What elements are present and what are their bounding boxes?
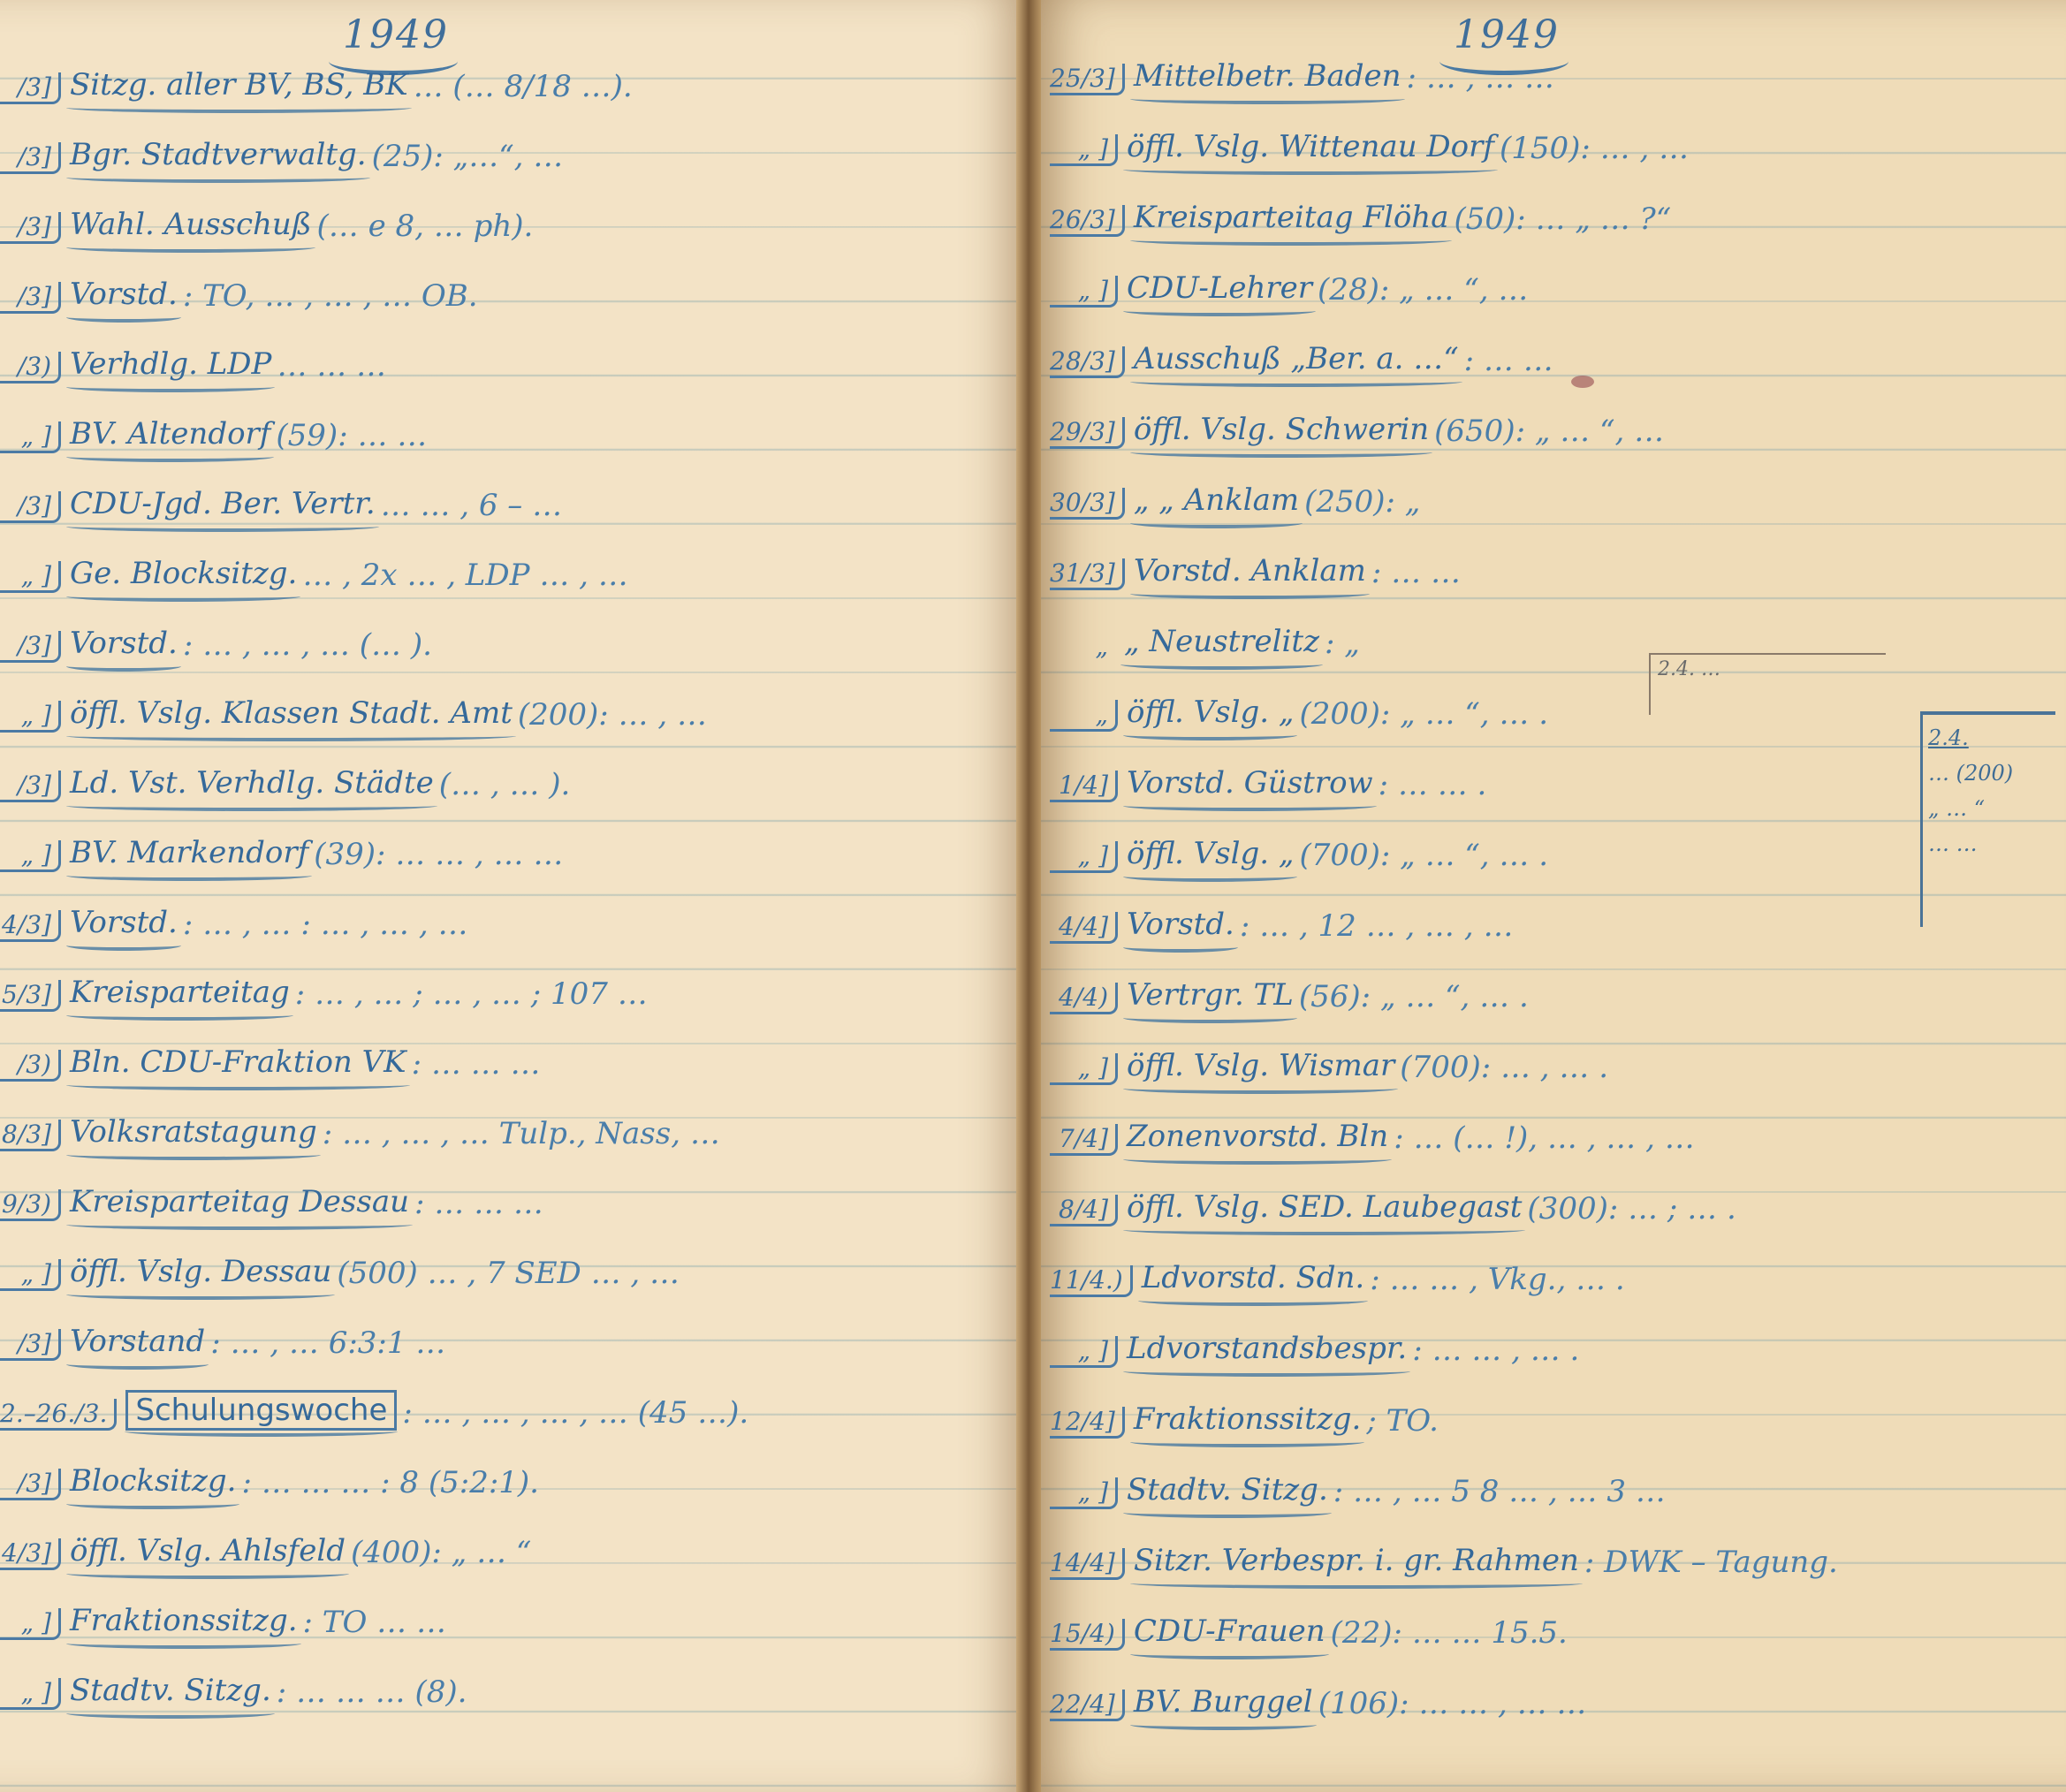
entry-date: „ ]: [1050, 1336, 1118, 1368]
margin-line: … …: [1928, 826, 2050, 862]
entry-topic: „ Neustrelitz: [1124, 624, 1319, 661]
entry-note: : … , … : … , … , …: [183, 907, 468, 942]
entry-topic: öffl. Vslg. Ahlsfeld: [70, 1533, 346, 1570]
diary-entry: „ ]BV. Altendorf(59): … …: [0, 393, 1025, 453]
entry-topic: BV. Markendorf: [70, 835, 308, 872]
entry-note: (250): „: [1304, 484, 1420, 520]
entry-topic: Vorstd. Anklam: [1134, 553, 1366, 590]
entry-note: : … , … …: [1407, 60, 1555, 95]
entry-topic: Ldvorstandsbespr.: [1127, 1331, 1407, 1368]
diary-entry: „ ]öffl. Vslg. Wittenau Dorf(150): … , …: [1025, 106, 2066, 166]
entry-note: : … …: [1371, 555, 1461, 590]
entry-date: /3): [0, 352, 61, 383]
entry-date: 4/3]: [0, 910, 61, 942]
diary-entry: 5/3]Kreisparteitag: … , … ; … , … ; 107 …: [0, 952, 1025, 1012]
entry-note: : DWK – Tagung.: [1584, 1545, 1838, 1580]
diary-entry: /3]Wahl. Ausschuß(… e 8, … ph).: [0, 184, 1025, 244]
entry-topic: Vorstd.: [70, 626, 178, 663]
entry-date: 8/3]: [0, 1120, 61, 1151]
entry-topic: öffl. Vslg. Klassen Stadt. Amt: [70, 695, 513, 733]
entry-topic: Sitzg. aller BV, BS, BK: [70, 67, 408, 104]
entry-note: : … … …: [412, 1046, 541, 1082]
diary-entry: „ ]Ge. Blocksitzg.… , 2x … , LDP … , …: [0, 533, 1025, 593]
entry-date: „: [1050, 632, 1115, 661]
entry-note: (… e 8, … ph).: [317, 209, 534, 244]
entry-topic: Verhdlg. LDP: [70, 346, 271, 383]
entry-date: 31/3]: [1050, 558, 1125, 590]
entry-note: : … , … , … Tulp., Nass, …: [323, 1116, 720, 1151]
entry-topic: Kreisparteitag Dessau: [70, 1184, 409, 1221]
diary-entry: 31/3]Vorstd. Anklam: … …: [1025, 530, 2066, 590]
diary-entry: 15/4)CDU-Frauen(22): … … 15.5.: [1025, 1591, 2066, 1651]
entry-date: 1/4]: [1050, 771, 1118, 802]
diary-entry: „ ]öffl. Vslg. Klassen Stadt. Amt(200): …: [0, 672, 1025, 733]
boxed-date: 2.4.: [1928, 720, 2050, 756]
diary-entry: 8/3]Volksratstagung: … , … , … Tulp., Na…: [0, 1091, 1025, 1151]
diary-entry: 12/4]Fraktionssitzg.; TO.: [1025, 1378, 2066, 1439]
entry-date: „ ]: [1050, 134, 1118, 166]
entry-note: … … , 6 – …: [381, 488, 562, 523]
entry-topic: BV. Altendorf: [70, 416, 270, 453]
diary-entry: 26/3]Kreisparteitag Flöha(50): … „ … ?“: [1025, 177, 2066, 237]
entry-date: „ ]: [1050, 1053, 1118, 1085]
diary-entry: 4/4]Vorstd.: … , 12 … , … , …: [1025, 884, 2066, 944]
diary-entry: 28/3]Ausschuß „Ber. a. …“: … …: [1025, 318, 2066, 378]
entry-date: „ ]: [0, 1259, 61, 1291]
entry-date: „ ]: [0, 561, 61, 593]
entry-date: „ ]: [0, 840, 61, 872]
entry-note: : TO, … , … , … OB.: [183, 278, 478, 314]
entry-date: /3]: [0, 212, 61, 244]
diary-entry: 1/4]Vorstd. Güstrow: … … .: [1025, 742, 2066, 802]
entry-topic: Stadtv. Sitzg.: [1127, 1472, 1328, 1509]
entry-date: 4/4): [1050, 983, 1118, 1014]
entry-date: /3]: [0, 1469, 61, 1500]
entry-note: : … , … 6:3:1 …: [210, 1325, 445, 1361]
entry-topic: Vorstd.: [1127, 907, 1234, 944]
entry-date: „ ]: [0, 1608, 61, 1640]
entry-date: /3]: [0, 282, 61, 314]
entry-topic: öffl. Vslg. Schwerin: [1134, 412, 1429, 449]
entry-date: /3]: [0, 491, 61, 523]
entry-date: 9/3): [0, 1189, 61, 1221]
entry-topic: Volksratstagung: [70, 1114, 317, 1151]
diary-entry: „öffl. Vslg. „(200): „ … “, … .: [1025, 672, 2066, 732]
diary-entry: /3]Vorstand: … , … 6:3:1 …: [0, 1301, 1025, 1361]
entry-note: (700): … , … .: [1400, 1050, 1608, 1085]
entry-note: (400): „ … “: [351, 1535, 531, 1570]
diary-entry: „ ]öffl. Vslg. Dessau(500) … , 7 SED … ,…: [0, 1231, 1025, 1291]
entry-note: (39): … … , … …: [314, 837, 563, 872]
diary-entry: „„ Neustrelitz: „: [1025, 601, 2066, 661]
entry-note: : … , … ; … , … ; 107 …: [295, 976, 648, 1012]
diary-entry: /3]CDU-Jgd. Ber. Vertr.… … , 6 – …: [0, 463, 1025, 523]
entry-note: (200): … , …: [518, 697, 707, 733]
entry-note: : … (… !), … , … , …: [1394, 1120, 1695, 1156]
entry-topic: Mittelbetr. Baden: [1134, 58, 1401, 95]
entry-date: 4/4]: [1050, 912, 1118, 944]
entry-note: : TO … …: [303, 1605, 446, 1640]
entry-note: : „: [1325, 626, 1360, 661]
entry-topic: Ge. Blocksitzg.: [70, 556, 297, 593]
entry-topic: öffl. Vslg. „: [1127, 695, 1294, 732]
margin-line: … (200): [1928, 756, 2050, 791]
diary-entry: 30/3]„ „ Anklam(250): „: [1025, 459, 2066, 520]
entry-topic: Zonenvorstd. Bln: [1127, 1119, 1388, 1156]
entry-note: (700): „ … “, … .: [1299, 838, 1548, 873]
entry-topic: Wahl. Ausschuß: [70, 207, 312, 244]
entry-topic: BV. Burggel: [1134, 1684, 1313, 1721]
entry-note: : … … .: [1379, 767, 1487, 802]
diary-entry: /3]Sitzg. aller BV, BS, BK… (… 8/18 …).: [0, 44, 1025, 104]
entry-date: 26/3]: [1050, 205, 1125, 237]
diary-entry: 9/3)Kreisparteitag Dessau: … … …: [0, 1161, 1025, 1221]
entry-topic: öffl. Vslg. Wismar: [1127, 1048, 1394, 1085]
entry-date: „ ]: [1050, 276, 1118, 308]
entry-topic: öffl. Vslg. Wittenau Dorf: [1127, 129, 1494, 166]
entry-note: (56): „ … “, … .: [1299, 979, 1529, 1014]
diary-entry: 7/4]Zonenvorstd. Bln: … (… !), … , … , …: [1025, 1096, 2066, 1156]
entry-date: 5/3]: [0, 980, 61, 1012]
entry-date: 4/3]: [0, 1538, 61, 1570]
entry-note: (22): … … 15.5.: [1331, 1615, 1568, 1651]
right-page: 1949 25/3]Mittelbetr. Baden: … , … …„ ]ö…: [1025, 0, 2066, 1792]
entry-note: ; TO.: [1366, 1403, 1439, 1439]
entry-note: : … , … 5 8 … , … 3 …: [1333, 1474, 1666, 1509]
entry-topic: „ „ Anklam: [1134, 482, 1299, 520]
entry-topic: öffl. Vslg. SED. Laubegast: [1127, 1189, 1522, 1226]
diary-entry: 4/3]öffl. Vslg. Ahlsfeld(400): „ … “: [0, 1510, 1025, 1570]
entry-note: (50): … „ … ?“: [1454, 201, 1671, 237]
ink-stain: [1571, 376, 1594, 388]
entry-note: (300): … ; … .: [1527, 1191, 1736, 1226]
entry-note: : … … , … .: [1412, 1333, 1579, 1368]
diary-entry: „ ]öffl. Vslg. Wismar(700): … , … .: [1025, 1025, 2066, 1085]
entry-date: /3]: [0, 631, 61, 663]
entry-date: „ ]: [1050, 841, 1118, 873]
entry-topic: Blocksitzg.: [70, 1463, 236, 1500]
entry-topic: Sitzr. Verbespr. i. gr. Rahmen: [1134, 1543, 1579, 1580]
entry-date: 7/4]: [1050, 1124, 1118, 1156]
entry-topic: Ldvorstd. Sdn.: [1142, 1260, 1365, 1297]
margin-line: „ … “: [1928, 791, 2050, 826]
diary-entry: „ ]öffl. Vslg. „(700): „ … “, … .: [1025, 813, 2066, 873]
entry-note: (150): … , …: [1500, 131, 1689, 166]
diary-entry: /3]Blocksitzg.: … … … : 8 (5:2:1).: [0, 1440, 1025, 1500]
entry-date: „ ]: [0, 1678, 61, 1710]
entry-topic: öffl. Vslg. Dessau: [70, 1254, 331, 1291]
diary-entry: /3)Verhdlg. LDP… … …: [0, 323, 1025, 383]
entry-topic: Vorstd.: [70, 277, 178, 314]
entry-topic: Ausschuß „Ber. a. …“: [1134, 341, 1459, 378]
entry-topic: Kreisparteitag: [70, 975, 290, 1012]
entry-date: /3]: [0, 72, 61, 104]
entry-note: (200): „ … “, … .: [1299, 696, 1548, 732]
entry-note: (… , … ).: [439, 767, 571, 802]
margin-note: 2.4. … 2.4. … (200) „ … “ … …: [1920, 711, 2055, 927]
entry-topic: Vorstand: [70, 1324, 205, 1361]
entry-date: /3]: [0, 1329, 61, 1361]
entry-date: /3): [0, 1050, 61, 1082]
entry-topic: CDU-Frauen: [1134, 1614, 1325, 1651]
entry-date: 8/4]: [1050, 1195, 1118, 1226]
entry-note: (106): … … , … …: [1318, 1686, 1587, 1721]
entry-topic: Bgr. Stadtverwaltg.: [70, 137, 367, 174]
entry-topic: Stadtv. Sitzg.: [70, 1673, 271, 1710]
entry-date: 11/4.): [1050, 1265, 1133, 1297]
entry-note: (650): „ … “, …: [1434, 414, 1664, 449]
entry-date: „ ]: [1050, 1477, 1118, 1509]
entry-date: „ ]: [0, 421, 61, 453]
entry-note: (25): „…“, …: [372, 139, 564, 174]
diary-entry: 11/4.)Ldvorstd. Sdn.: … … , Vkg., … .: [1025, 1237, 2066, 1297]
diary-entry: 4/3]Vorstd.: … , … : … , … , …: [0, 882, 1025, 942]
entry-note: : … … … : 8 (5:2:1).: [241, 1465, 539, 1500]
left-page: 1949 /3]Sitzg. aller BV, BS, BK… (… 8/18…: [0, 0, 1025, 1792]
diary-entry: 2.–26./3.Schulungswoche: … , … , … , … (…: [0, 1371, 1025, 1431]
diary-entry: „ ]Ldvorstandsbespr.: … … , … .: [1025, 1308, 2066, 1368]
entry-note: (59): … …: [276, 418, 427, 453]
entry-date: 15/4): [1050, 1619, 1125, 1651]
entry-note: : … … … (8).: [277, 1674, 467, 1710]
entry-topic: Ld. Vst. Verhdlg. Städte: [70, 765, 434, 802]
entry-topic: CDU-Jgd. Ber. Vertr.: [70, 486, 376, 523]
diary-entry: 22/4]BV. Burggel(106): … … , … …: [1025, 1661, 2066, 1721]
entry-note: : … , … , … (… ).: [183, 627, 432, 663]
entry-date: /3]: [0, 142, 61, 174]
entry-topic: Kreisparteitag Flöha: [1134, 200, 1449, 237]
diary-entry: „ ]BV. Markendorf(39): … … , … …: [0, 812, 1025, 872]
entry-date: 14/4]: [1050, 1548, 1125, 1580]
entry-topic: Fraktionssitzg.: [1134, 1401, 1362, 1439]
entry-topic: Bln. CDU-Fraktion VK: [70, 1044, 406, 1082]
diary-entry: /3)Bln. CDU-Fraktion VK: … … …: [0, 1021, 1025, 1082]
entry-date: /3]: [0, 771, 61, 802]
entry-date: 2.–26./3.: [0, 1399, 117, 1431]
pencil-note: 2.4. …: [1649, 653, 1886, 715]
entry-note: … , 2x … , LDP … , …: [302, 558, 627, 593]
entry-date: „: [1050, 700, 1118, 732]
book-gutter: [1016, 0, 1041, 1792]
diary-entry: 25/3]Mittelbetr. Baden: … , … …: [1025, 35, 2066, 95]
entry-topic: Vorstd. Güstrow: [1127, 765, 1373, 802]
entry-date: 25/3]: [1050, 64, 1125, 95]
entry-topic: Vorstd.: [70, 905, 178, 942]
diary-entry: 14/4]Sitzr. Verbespr. i. gr. Rahmen: DWK…: [1025, 1520, 2066, 1580]
diary-entry: /3]Bgr. Stadtverwaltg.(25): „…“, …: [0, 114, 1025, 174]
entry-note: … (… 8/18 …).: [414, 69, 633, 104]
entry-note: : … … , Vkg., … .: [1370, 1262, 1624, 1297]
entry-note: : … , … , … , … (45 …).: [402, 1395, 748, 1431]
entry-topic: Schulungswoche: [125, 1390, 397, 1431]
entry-note: : … … …: [414, 1186, 543, 1221]
entry-date: 12/4]: [1050, 1407, 1125, 1439]
entry-note: (500) … , 7 SED … , …: [337, 1256, 680, 1291]
entry-topic: öffl. Vslg. „: [1127, 836, 1294, 873]
diary-entry: 4/4)Vertrgr. TL(56): „ … “, … .: [1025, 954, 2066, 1014]
entry-note: (28): „ … “, …: [1318, 272, 1528, 308]
diary-entry: 8/4]öffl. Vslg. SED. Laubegast(300): … ;…: [1025, 1166, 2066, 1226]
diary-entry: „ ]CDU-Lehrer(28): „ … “, …: [1025, 247, 2066, 308]
entry-topic: CDU-Lehrer: [1127, 270, 1312, 308]
entry-date: 28/3]: [1050, 346, 1125, 378]
entry-date: 29/3]: [1050, 417, 1125, 449]
notebook-spread: 1949 /3]Sitzg. aller BV, BS, BK… (… 8/18…: [0, 0, 2066, 1792]
diary-entry: /3]Vorstd.: … , … , … (… ).: [0, 603, 1025, 663]
diary-entry: „ ]Stadtv. Sitzg.: … … … (8).: [0, 1650, 1025, 1710]
entry-date: 30/3]: [1050, 488, 1125, 520]
entry-topic: Vertrgr. TL: [1127, 977, 1294, 1014]
entry-note: : … …: [1464, 343, 1553, 378]
diary-entry: /3]Ld. Vst. Verhdlg. Städte(… , … ).: [0, 742, 1025, 802]
entry-topic: Fraktionssitzg.: [70, 1603, 298, 1640]
diary-entry: „ ]Stadtv. Sitzg.: … , … 5 8 … , … 3 …: [1025, 1449, 2066, 1509]
diary-entry: /3]Vorstd.: TO, … , … , … OB.: [0, 254, 1025, 314]
entry-date: „ ]: [0, 701, 61, 733]
entry-note: : … , 12 … , … , …: [1240, 908, 1514, 944]
diary-entry: „ ]Fraktionssitzg.: TO … …: [0, 1580, 1025, 1640]
diary-entry: 29/3]öffl. Vslg. Schwerin(650): „ … “, …: [1025, 389, 2066, 449]
entry-date: 22/4]: [1050, 1689, 1125, 1721]
entry-note: … … …: [277, 348, 386, 383]
